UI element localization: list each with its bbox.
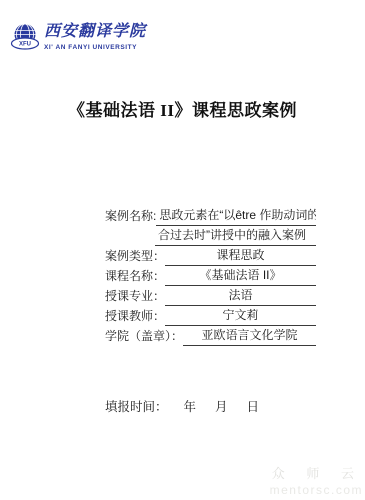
university-name-en: XI' AN FANYI UNIVERSITY (44, 44, 146, 51)
fill-date-label: 填报时间： (105, 400, 168, 414)
university-logo: XFU 西安翻译学院 XI' AN FANYI UNIVERSITY (10, 22, 146, 52)
form-row-course-name: 课程名称： 《基础法语 II》 (105, 266, 316, 286)
university-name-cn: 西安翻译学院 (44, 22, 146, 42)
watermark-url-text: mentorsc.com (270, 483, 363, 497)
field-label-case-name: 案例名称: (105, 207, 156, 226)
form-row-case-name-cont: 合过去时”讲授中的融入案例 (105, 226, 316, 246)
case-form: 案例名称: 思政元素在“以être 作助动词的复 合过去时”讲授中的融入案例 案… (105, 206, 316, 346)
field-value-teacher: 宁文莉 (165, 306, 316, 326)
svg-text:XFU: XFU (19, 42, 31, 48)
form-row-case-name: 案例名称: 思政元素在“以être 作助动词的复 (105, 206, 316, 226)
field-value-college: 亚欧语言文化学院 (183, 326, 316, 346)
watermark-brand-text: 众 师 云 (270, 463, 363, 482)
field-value-course-name: 《基础法语 II》 (165, 266, 316, 286)
field-label-teacher: 授课教师： (105, 307, 165, 326)
fill-date-month-unit: 月 (215, 400, 228, 414)
form-row-teacher: 授课教师： 宁文莉 (105, 306, 316, 326)
logo-text-block: 西安翻译学院 XI' AN FANYI UNIVERSITY (44, 22, 146, 51)
form-row-case-type: 案例类型： 课程思政 (105, 246, 316, 266)
form-row-college: 学院（盖章）： 亚欧语言文化学院 (105, 326, 316, 346)
field-label-case-type: 案例类型： (105, 247, 165, 266)
globe-emblem-icon: XFU (10, 22, 40, 52)
fill-date-year-unit: 年 (184, 400, 197, 414)
field-label-major: 授课专业： (105, 287, 165, 306)
field-value-case-name-line2: 合过去时”讲授中的融入案例 (155, 226, 316, 246)
document-page: XFU 西安翻译学院 XI' AN FANYI UNIVERSITY 《基础法语… (0, 0, 365, 500)
field-value-major: 法语 (165, 286, 316, 306)
field-value-case-name-line1: 思政元素在“以être 作助动词的复 (156, 206, 316, 226)
field-label-college: 学院（盖章）： (105, 327, 183, 346)
fill-date-row: 填报时间：年月日 (105, 397, 259, 415)
watermark: 众 师 云 mentorsc.com (270, 463, 363, 497)
field-value-case-type: 课程思政 (165, 246, 316, 266)
fill-date-day-unit: 日 (247, 400, 260, 414)
field-label-course-name: 课程名称： (105, 267, 165, 286)
form-row-major: 授课专业： 法语 (105, 286, 316, 306)
document-title: 《基础法语 II》课程思政案例 (0, 96, 365, 121)
